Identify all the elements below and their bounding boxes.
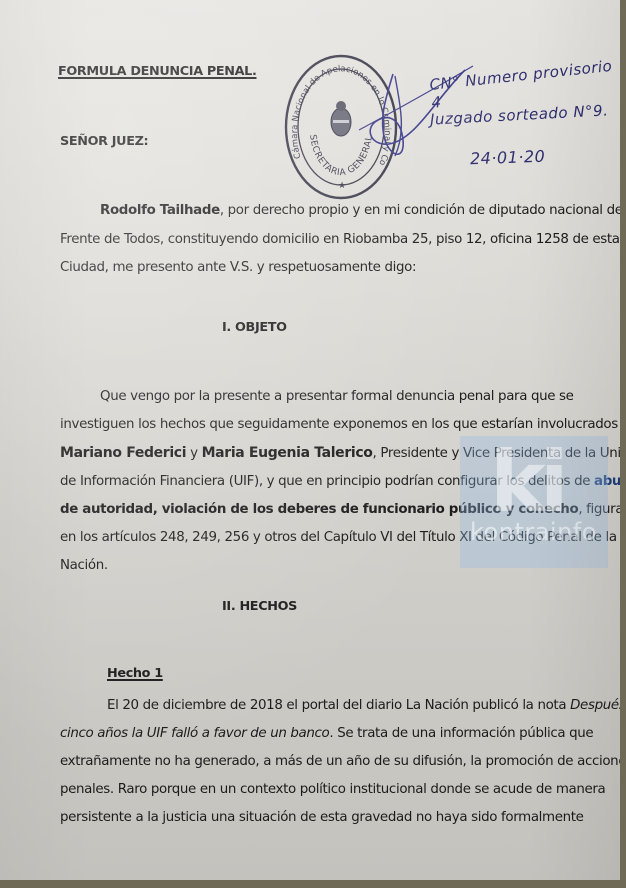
hecho1-line-2: cinco años la UIF falló a favor de un ba… (60, 720, 555, 749)
handwritten-date: 24·01·20 (470, 147, 546, 169)
objeto-line-1: Que vengo por la presente a presentar fo… (100, 383, 555, 412)
addressee: SEÑOR JUEZ: (60, 128, 148, 157)
document-title: FORMULA DENUNCIA PENAL. (58, 58, 257, 87)
section-heading-hechos: II. HECHOS (222, 593, 297, 622)
intro-line-3: Ciudad, me presento ante V.S. y respetuo… (60, 254, 555, 283)
document-page: FORMULA DENUNCIA PENAL. SEÑOR JUEZ: Cáma… (0, 0, 620, 880)
star-icon: ★ (338, 180, 346, 190)
accused-name-2: Maria Eugenia Talerico (202, 445, 373, 461)
kontrainfo-logo-icon: ki (490, 442, 563, 522)
intro-line-2: Frente de Todos, constituyendo domicilio… (60, 226, 555, 255)
complainant-name: Rodolfo Tailhade (100, 203, 220, 218)
watermark-text: kontrainfo (470, 518, 597, 546)
accused-name-1: Mariano Federici (60, 445, 186, 461)
coat-of-arms-icon (331, 101, 351, 136)
article-title: cinco años la UIF falló a favor de un ba… (60, 726, 329, 741)
hecho1-line-4: penales. Raro porque en un contexto polí… (60, 776, 555, 805)
hecho1-line-5: persistente a la justicia una situación … (60, 804, 555, 833)
hecho1-line-3: extrañamente no ha generado, a más de un… (60, 748, 555, 777)
hecho1-line-1: El 20 de diciembre de 2018 el portal del… (107, 692, 555, 721)
subheading-hecho-1: Hecho 1 (107, 660, 163, 689)
kontrainfo-watermark: ki kontrainfo (460, 436, 608, 568)
intro-line-1: Rodolfo Tailhade, por derecho propio y e… (100, 197, 555, 226)
section-heading-objeto: I. OBJETO (222, 314, 287, 343)
